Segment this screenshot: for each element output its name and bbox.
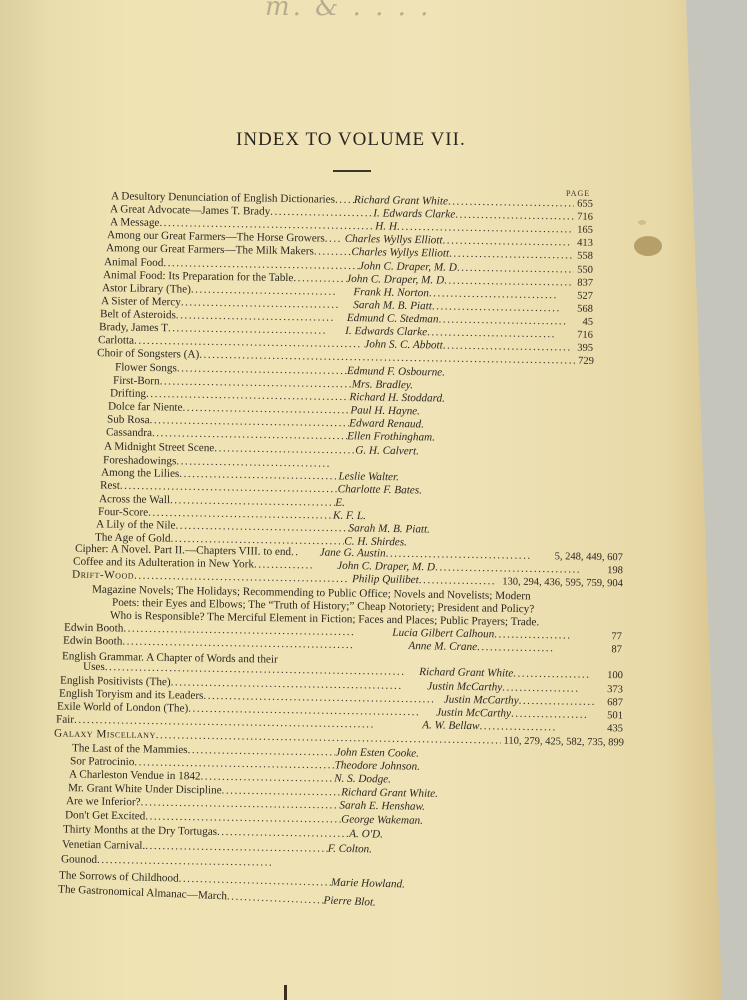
leader-dots: ......... [314,244,352,259]
entry-page: 729 [575,355,594,369]
entry-author: Philip Quilibet [352,572,419,587]
entry-page: 87 [608,643,622,657]
entry-title: Choir of Songsters (A) [97,346,199,362]
entry-author: Charles Wyllys Elliott [351,245,449,261]
leader-dots: ........................................… [217,825,349,841]
entry-author: F. Colton. [328,842,372,857]
entry-title: Don't Get Excited [65,808,146,823]
entry-title: Thirty Months at the Dry Tortugas [63,822,217,838]
entry-author: Charlotte F. Bates. [338,482,423,497]
entry-title: Cassandra [106,425,152,440]
entry-author: Richard Grant White [419,665,513,680]
entry-title: Venetian Carnival. [62,838,145,853]
leader-dots: .................. [419,573,500,588]
entry-author: Marie Howland. [331,876,405,892]
entry-author: G. H. Calvert. [355,443,419,458]
index-list: A Desultory Denunciation of English Dict… [0,0,747,1000]
entry-author: Ellen Frothingham. [347,429,435,444]
entry-page: 110, 279, 425, 582, 735, 899 [500,735,624,751]
binding-thread [284,985,287,1000]
entry-title: Are we Inferior? [66,794,141,809]
leader-dots: ........................................… [227,889,324,907]
entry-title: Fair [56,713,74,727]
entry-title: Drift-Wood [72,568,134,583]
entry-title: Edwin Booth [63,634,123,649]
entry-title: Rest [100,478,120,492]
entry-author: A. O'D. [349,827,383,842]
leader-dots: ........................................… [178,872,331,890]
leader-dots: .................. [477,640,609,656]
entry-page: 100 [604,669,623,683]
leader-dots: ........................................… [97,853,273,870]
entry-title: Uses [83,660,105,674]
entry-author: Anne M. Crane [408,639,477,654]
entry-author: Sarah E. Henshaw. [339,798,425,813]
entry-author: A. W. Bellaw [422,718,480,733]
entry-title: Gounod [61,852,97,867]
sub-entry: Gounod..................................… [61,852,273,869]
entry-author: Pierre Blot. [323,893,376,909]
entry-author: George Wakeman. [341,813,423,828]
leader-dots: .................. [513,667,604,682]
entry-title: Galaxy Miscellany [54,727,156,743]
entry-author: N. S. Dodge. [334,772,391,787]
